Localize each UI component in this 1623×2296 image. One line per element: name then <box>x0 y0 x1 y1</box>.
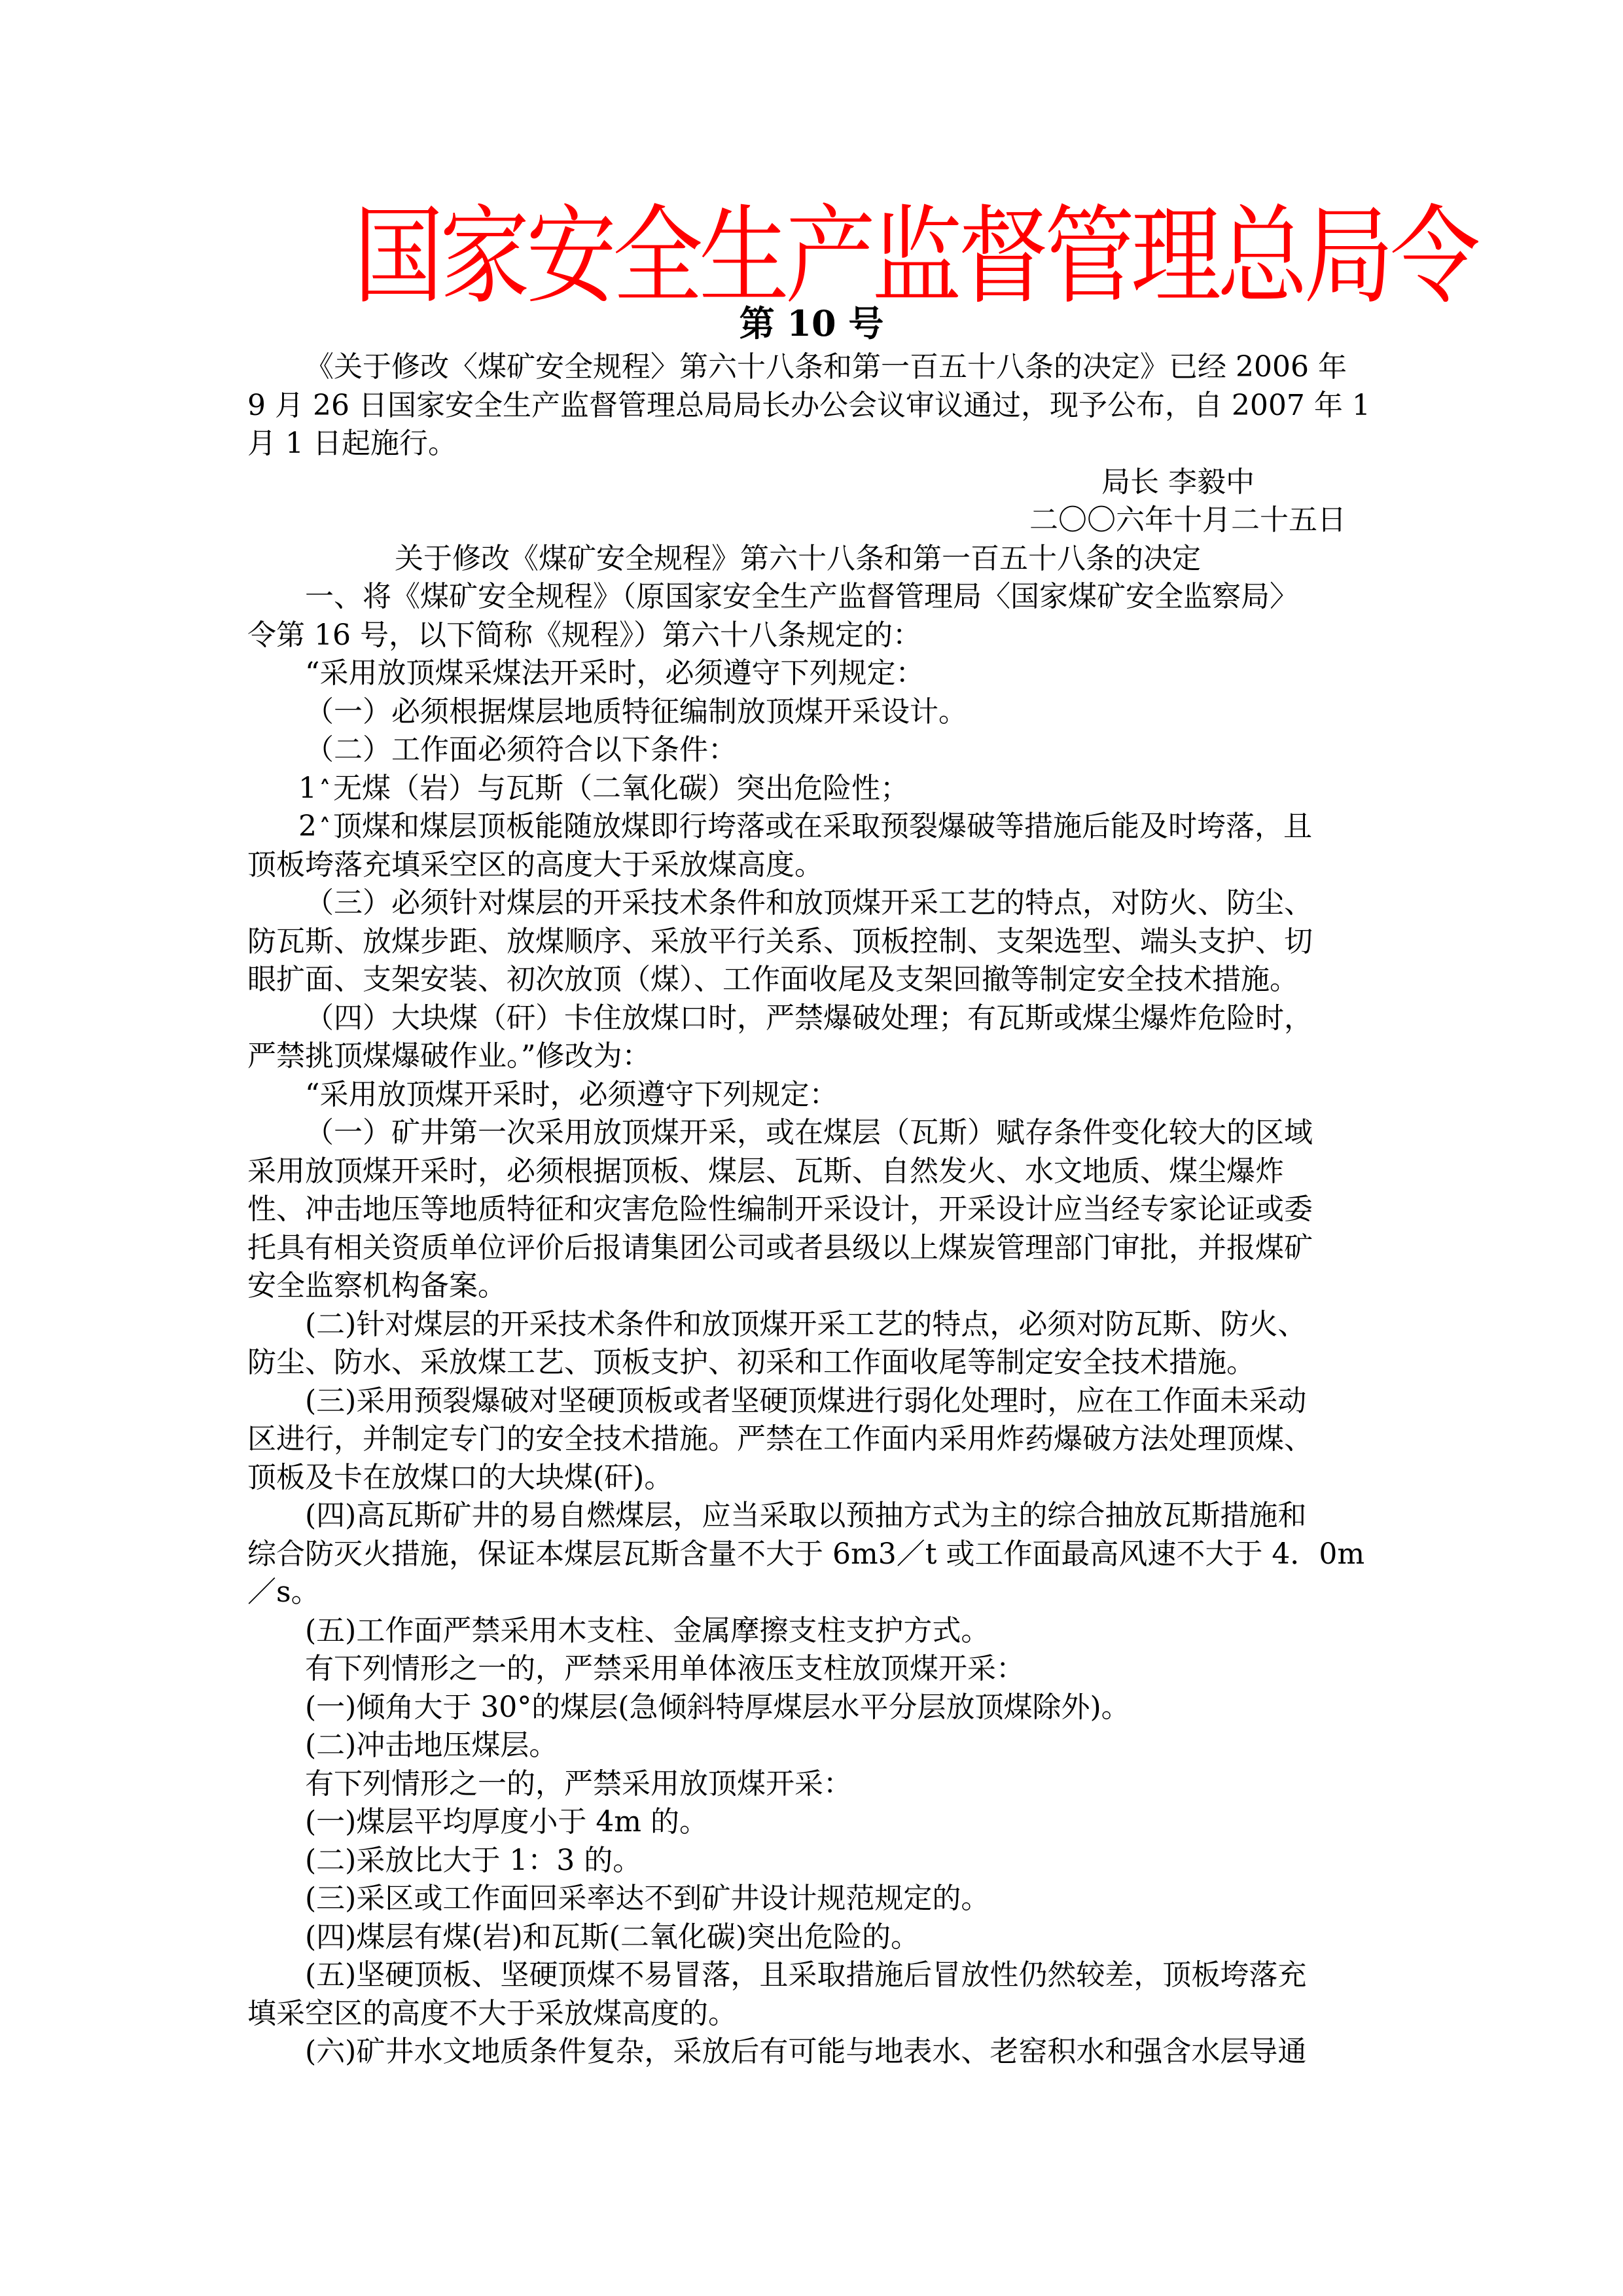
line-text: (一)煤层平均厚度小于 4m 的。 <box>305 1805 708 1839</box>
decision-line: 令第 16 号，以下简称《规程》）第六十八条规定的： <box>247 617 1373 655</box>
decision-line: (五)坚硬顶板、坚硬顶煤不易冒落，且采取措施后冒放性仍然较差，顶板垮落充 <box>247 1956 1373 1995</box>
decision-line: （四）大块煤（矸）卡住放煤口时，严禁爆破处理；有瓦斯或煤尘爆炸危险时， <box>247 999 1373 1038</box>
line-text: 安全监察机构备案。 <box>247 1269 507 1302</box>
decision-line: (二)针对煤层的开采技术条件和放顶煤开采工艺的特点，必须对防瓦斯、防火、 <box>247 1306 1373 1344</box>
signing-date: 二〇〇六年十月二十五日 <box>247 501 1373 540</box>
decision-text: 一、将《煤矿安全规程》（原国家安全生产监督管理局〈国家煤矿安全监察局〉令第 16… <box>247 578 1373 2072</box>
preamble-line: 《关于修改〈煤矿安全规程〉第六十八条和第一百五十八条的决定》已经 2006 年 <box>247 348 1373 387</box>
line-text: (四)高瓦斯矿井的易自燃煤层，应当采取以预抽方式为主的综合抽放瓦斯措施和 <box>305 1499 1306 1532</box>
line-text: “采用放顶煤采煤法开采时，必须遵守下列规定： <box>305 656 925 690</box>
preamble-line: 9 月 26 日国家安全生产监督管理总局局长办公会议审议通过，现予公布，自 20… <box>247 387 1373 425</box>
decision-line: 2˄顶煤和煤层顶板能随放煤即行垮落或在采取预裂爆破等措施后能及时垮落，且 <box>247 808 1373 846</box>
line-text: (五)工作面严禁采用木支柱、金属摩擦支柱支护方式。 <box>305 1614 990 1647</box>
line-text: 性、冲击地压等地质特征和灾害危险性编制开采设计，开采设计应当经专家论证或委 <box>247 1193 1313 1226</box>
decision-line: (二)采放比大于 1：3 的。 <box>247 1842 1373 1880</box>
line-text: 令第 16 号，以下简称《规程》）第六十八条规定的： <box>247 619 921 652</box>
line-text: (三)采用预裂爆破对坚硬顶板或者坚硬顶煤进行弱化处理时，应在工作面未采动 <box>305 1384 1306 1418</box>
preamble-line: 月 1 日起施行。 <box>247 425 1373 463</box>
line-text: 顶煤和煤层顶板能随放煤即行垮落或在采取预裂爆破等措施后能及时垮落，且 <box>333 810 1312 843</box>
decision-line: 安全监察机构备案。 <box>247 1267 1373 1306</box>
line-text: （三）必须针对煤层的开采技术条件和放顶煤开采工艺的特点，对防火、防尘、 <box>305 886 1313 920</box>
decision-title: 关于修改《煤矿安全规程》第六十八条和第一百五十八条的决定 <box>247 540 1373 579</box>
line-text: 防尘、防水、采放煤工艺、顶板支护、初采和工作面收尾等制定安全技术措施。 <box>247 1346 1255 1379</box>
decision-line: 一、将《煤矿安全规程》（原国家安全生产监督管理局〈国家煤矿安全监察局〉 <box>247 578 1373 617</box>
caret-icon: ˄ <box>319 770 330 809</box>
decision-line: (二)冲击地压煤层。 <box>247 1727 1373 1765</box>
line-text: 防瓦斯、放煤步距、放煤顺序、采放平行关系、顶板控制、支架选型、端头支护、切 <box>247 925 1313 958</box>
decision-line: 严禁挑顶煤爆破作业。”修改为： <box>247 1037 1373 1076</box>
line-text: 顶板垮落充填采空区的高度大于采放煤高度。 <box>247 848 823 882</box>
decision-line: 1˄无煤（岩）与瓦斯（二氧化碳）突出危险性； <box>247 770 1373 808</box>
decision-line: 防尘、防水、采放煤工艺、顶板支护、初采和工作面收尾等制定安全技术措施。 <box>247 1344 1373 1382</box>
decision-line: 采用放顶煤开采时，必须根据顶板、煤层、瓦斯、自然发火、水文地质、煤尘爆炸 <box>247 1153 1373 1191</box>
decision-line: 顶板垮落充填采空区的高度大于采放煤高度。 <box>247 846 1373 885</box>
decision-line: (五)工作面严禁采用木支柱、金属摩擦支柱支护方式。 <box>247 1612 1373 1651</box>
line-text: (四)煤层有煤(岩)和瓦斯(二氧化碳)突出危险的。 <box>305 1920 919 1954</box>
line-text: （四）大块煤（矸）卡住放煤口时，严禁爆破处理；有瓦斯或煤尘爆炸危险时， <box>305 1001 1313 1035</box>
line-text: （一）必须根据煤层地质特征编制放顶煤开采设计。 <box>305 695 967 728</box>
line-text: (二)针对煤层的开采技术条件和放顶煤开采工艺的特点，必须对防瓦斯、防火、 <box>305 1308 1306 1341</box>
line-text: 眼扩面、支架安装、初次放顶（煤）、工作面收尾及支架回撤等制定安全技术措施。 <box>247 963 1298 996</box>
line-text: 顶板及卡在放煤口的大块煤(矸)。 <box>247 1461 673 1494</box>
decision-line: (六)矿井水文地质条件复杂，采放后有可能与地表水、老窑积水和强含水层导通 <box>247 2033 1373 2072</box>
document-body: 《关于修改〈煤矿安全规程〉第六十八条和第一百五十八条的决定》已经 2006 年 … <box>247 348 1373 2072</box>
decision-line: 防瓦斯、放煤步距、放煤顺序、采放平行关系、顶板控制、支架选型、端头支护、切 <box>247 923 1373 961</box>
line-text: 有下列情形之一的，严禁采用放顶煤开采： <box>305 1767 852 1801</box>
line-text: “采用放顶煤开采时，必须遵守下列规定： <box>305 1078 838 1111</box>
decision-line: （二）工作面必须符合以下条件： <box>247 731 1373 770</box>
decision-line: “采用放顶煤开采时，必须遵守下列规定： <box>247 1076 1373 1115</box>
signatory: 局长 李毅中 <box>247 463 1373 502</box>
line-text: (二)冲击地压煤层。 <box>305 1729 558 1762</box>
list-number: 1 <box>298 772 317 805</box>
line-text: 区进行，并制定专门的安全技术措施。严禁在工作面内采用炸药爆破方法处理顶煤、 <box>247 1422 1313 1456</box>
decision-line: （三）必须针对煤层的开采技术条件和放顶煤开采工艺的特点，对防火、防尘、 <box>247 884 1373 923</box>
line-text: (三)采区或工作面回采率达不到矿井设计规范规定的。 <box>305 1882 990 1915</box>
decision-line: (四)煤层有煤(岩)和瓦斯(二氧化碳)突出危险的。 <box>247 1918 1373 1957</box>
line-text: 填采空区的高度不大于采放煤高度的。 <box>247 1997 737 2030</box>
line-text: （二）工作面必须符合以下条件： <box>305 733 737 766</box>
decision-line: ／s。 <box>247 1573 1373 1612</box>
decision-line: 眼扩面、支架安装、初次放顶（煤）、工作面收尾及支架回撤等制定安全技术措施。 <box>247 961 1373 999</box>
line-text: 一、将《煤矿安全规程》（原国家安全生产监督管理局〈国家煤矿安全监察局〉 <box>305 580 1298 613</box>
line-text: 综合防灭火措施，保证本煤层瓦斯含量不大于 6m3／t 或工作面最高风速不大于 4… <box>247 1537 1364 1571</box>
line-text: 采用放顶煤开采时，必须根据顶板、煤层、瓦斯、自然发火、水文地质、煤尘爆炸 <box>247 1155 1284 1188</box>
line-text: 托具有相关资质单位评价后报请集团公司或者县级以上煤炭管理部门审批，并报煤矿 <box>247 1231 1313 1265</box>
line-text: (二)采放比大于 1：3 的。 <box>305 1844 641 1877</box>
decision-line: (一)倾角大于 30°的煤层(急倾斜特厚煤层水平分层放顶煤除外)。 <box>247 1689 1373 1727</box>
order-number: 第 10 号 <box>0 302 1623 344</box>
decision-line: 有下列情形之一的，严禁采用放顶煤开采： <box>247 1765 1373 1804</box>
decision-line: (四)高瓦斯矿井的易自燃煤层，应当采取以预抽方式为主的综合抽放瓦斯措施和 <box>247 1497 1373 1535</box>
decision-line: (三)采区或工作面回采率达不到矿井设计规范规定的。 <box>247 1880 1373 1918</box>
line-text: 有下列情形之一的，严禁采用单体液压支柱放顶煤开采： <box>305 1652 1025 1685</box>
document-page: 国家安全生产监督管理总局令 第 10 号 《关于修改〈煤矿安全规程〉第六十八条和… <box>0 0 1623 2296</box>
decision-line: 顶板及卡在放煤口的大块煤(矸)。 <box>247 1459 1373 1498</box>
decision-line: 有下列情形之一的，严禁采用单体液压支柱放顶煤开采： <box>247 1650 1373 1689</box>
decision-line: （一）矿井第一次采用放顶煤开采，或在煤层（瓦斯）赋存条件变化较大的区域 <box>247 1114 1373 1153</box>
line-text: 严禁挑顶煤爆破作业。”修改为： <box>247 1039 651 1073</box>
decision-line: （一）必须根据煤层地质特征编制放顶煤开采设计。 <box>247 693 1373 732</box>
list-number: 2 <box>298 810 317 843</box>
line-text: (一)倾角大于 30°的煤层(急倾斜特厚煤层水平分层放顶煤除外)。 <box>305 1691 1130 1724</box>
decision-line: 填采空区的高度不大于采放煤高度的。 <box>247 1995 1373 2034</box>
decision-line: 性、冲击地压等地质特征和灾害危险性编制开采设计，开采设计应当经专家论证或委 <box>247 1191 1373 1229</box>
line-text: （一）矿井第一次采用放顶煤开采，或在煤层（瓦斯）赋存条件变化较大的区域 <box>305 1116 1313 1149</box>
decision-line: “采用放顶煤采煤法开采时，必须遵守下列规定： <box>247 655 1373 693</box>
decision-line: 综合防灭火措施，保证本煤层瓦斯含量不大于 6m3／t 或工作面最高风速不大于 4… <box>247 1535 1373 1574</box>
line-text: ／s。 <box>247 1575 320 1609</box>
decision-line: (一)煤层平均厚度小于 4m 的。 <box>247 1803 1373 1842</box>
caret-icon: ˄ <box>319 808 330 847</box>
line-text: 无煤（岩）与瓦斯（二氧化碳）突出危险性； <box>333 772 909 805</box>
line-text: (六)矿井水文地质条件复杂，采放后有可能与地表水、老窑积水和强含水层导通 <box>305 2035 1306 2068</box>
decision-line: (三)采用预裂爆破对坚硬顶板或者坚硬顶煤进行弱化处理时，应在工作面未采动 <box>247 1382 1373 1421</box>
line-text: (五)坚硬顶板、坚硬顶煤不易冒落，且采取措施后冒放性仍然较差，顶板垮落充 <box>305 1958 1306 1992</box>
decision-line: 区进行，并制定专门的安全技术措施。严禁在工作面内采用炸药爆破方法处理顶煤、 <box>247 1420 1373 1459</box>
decision-line: 托具有相关资质单位评价后报请集团公司或者县级以上煤炭管理部门审批，并报煤矿 <box>247 1229 1373 1268</box>
